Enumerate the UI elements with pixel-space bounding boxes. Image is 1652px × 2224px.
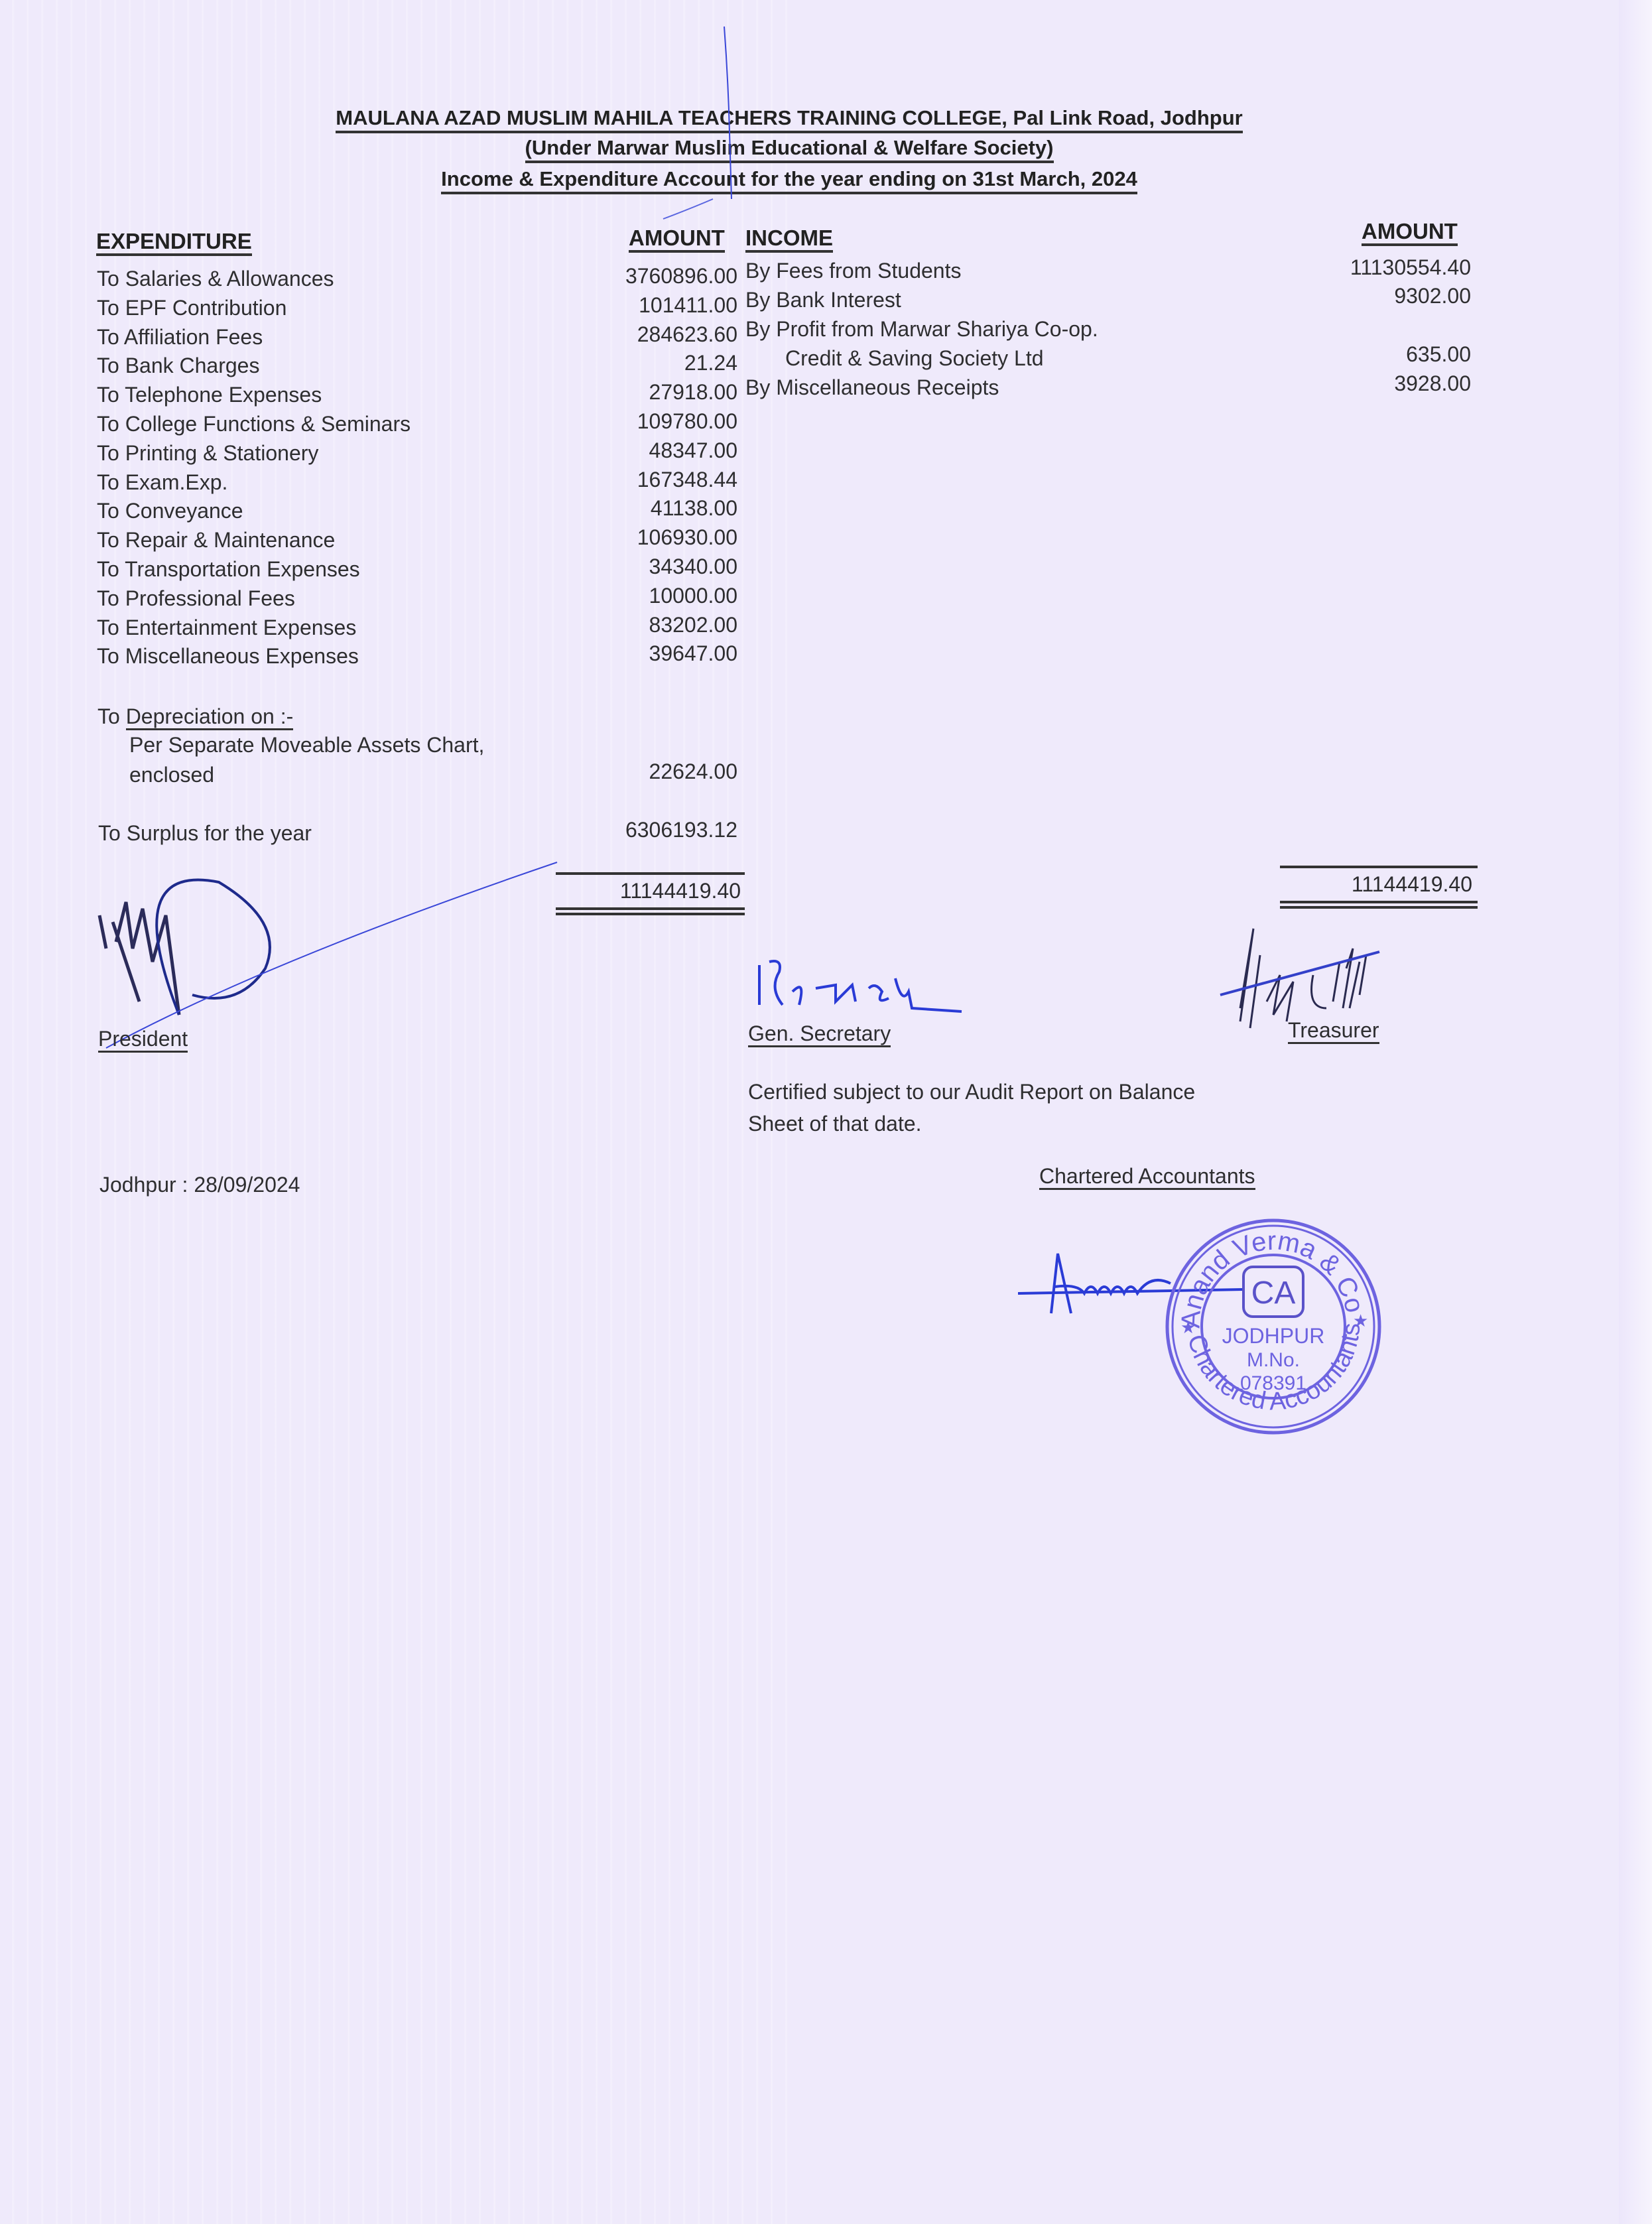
ca-stamp-icon: Anand Verma & Co. Chartered Accountants …	[1161, 1214, 1386, 1439]
svg-text:JODHPUR: JODHPUR	[1222, 1324, 1325, 1348]
svg-text:Chartered Accountants: Chartered Accountants	[1182, 1322, 1366, 1416]
expenditure-item-label: To College Functions & Seminars	[97, 412, 411, 436]
surplus-label: To Surplus for the year	[98, 821, 312, 846]
expenditure-item-amount: 27918.00	[649, 380, 737, 405]
expenditure-amount-heading: AMOUNT	[629, 226, 725, 251]
expenditure-item-label: To Bank Charges	[97, 354, 259, 378]
expenditure-item-label: To Professional Fees	[97, 586, 295, 611]
surplus-amount: 6306193.12	[625, 818, 737, 842]
income-item-amount: 635.00	[1406, 342, 1471, 367]
page-edge	[1619, 0, 1652, 2224]
expenditure-item-amount: 3760896.00	[625, 264, 737, 289]
expenditure-item-label: To Salaries & Allowances	[97, 267, 334, 291]
expenditure-item-label: To Miscellaneous Expenses	[97, 644, 359, 669]
college-title: MAULANA AZAD MUSLIM MAHILA TEACHERS TRAI…	[279, 106, 1300, 130]
income-item-label: Credit & Saving Society Ltd	[753, 346, 1044, 371]
expenditure-item-amount: 48347.00	[649, 438, 737, 463]
expenditure-item-amount: 284623.60	[637, 322, 737, 347]
expenditure-total: 11144419.40	[556, 872, 745, 915]
svg-text:CA: CA	[1251, 1276, 1296, 1311]
depreciation-detail-2: enclosed	[129, 763, 214, 787]
depreciation-amount: 22624.00	[649, 759, 737, 784]
expenditure-item-label: To Telephone Expenses	[97, 383, 322, 407]
account-title: Income & Expenditure Account for the yea…	[279, 167, 1300, 191]
gen-secretary-label: Gen. Secretary	[748, 1021, 891, 1046]
ca-signature-icon	[1018, 1247, 1323, 1327]
expenditure-item-label: To Exam.Exp.	[97, 470, 227, 495]
president-label: President	[98, 1027, 188, 1051]
treasurer-label: Treasurer	[1288, 1018, 1379, 1043]
expenditure-heading: EXPENDITURE	[96, 229, 252, 254]
expenditure-item-label: To Conveyance	[97, 499, 243, 523]
expenditure-item-amount: 167348.44	[637, 468, 737, 492]
treasurer-signature-icon	[1214, 902, 1452, 1035]
expenditure-item-amount: 101411.00	[639, 293, 737, 318]
income-item-label: By Miscellaneous Receipts	[745, 375, 999, 400]
income-item-label: By Bank Interest	[745, 288, 901, 312]
svg-text:M.No.: M.No.	[1247, 1349, 1300, 1371]
expenditure-item-amount: 83202.00	[649, 613, 737, 637]
expenditure-item-amount: 41138.00	[651, 496, 737, 521]
income-item-label: By Profit from Marwar Shariya Co-op.	[745, 317, 1098, 342]
income-item-label: By Fees from Students	[745, 259, 961, 283]
place-date: Jodhpur : 28/09/2024	[99, 1173, 300, 1197]
certification-note: Certified subject to our Audit Report on…	[748, 1076, 1195, 1140]
income-item-amount: 11130554.40	[1350, 255, 1471, 280]
svg-text:Anand Verma & Co.: Anand Verma & Co.	[1161, 1214, 1369, 1329]
svg-text:078391: 078391	[1240, 1372, 1306, 1394]
expenditure-item-amount: 39647.00	[649, 641, 737, 666]
expenditure-item-amount: 21.24	[684, 351, 737, 375]
income-heading: INCOME	[745, 226, 833, 251]
expenditure-item-amount: 10000.00	[649, 584, 737, 608]
gen-secretary-signature-icon	[743, 952, 982, 1031]
svg-text:★: ★	[1353, 1311, 1368, 1331]
depreciation-detail: Per Separate Moveable Assets Chart,	[129, 733, 484, 757]
expenditure-item-amount: 106930.00	[637, 525, 737, 550]
society-subtitle: (Under Marwar Muslim Educational & Welfa…	[279, 136, 1300, 160]
income-item-amount: 3928.00	[1394, 371, 1471, 396]
expenditure-item-label: To EPF Contribution	[97, 296, 286, 320]
expenditure-item-amount: 109780.00	[637, 409, 737, 434]
expenditure-item-label: To Entertainment Expenses	[97, 616, 356, 640]
depreciation-label: To Depreciation on :-	[97, 704, 293, 729]
chartered-accountants-label: Chartered Accountants	[1039, 1164, 1255, 1189]
expenditure-item-label: To Affiliation Fees	[97, 325, 263, 350]
income-total: 11144419.40	[1280, 866, 1478, 909]
expenditure-item-amount: 34340.00	[649, 555, 737, 579]
expenditure-item-label: To Transportation Expenses	[97, 557, 360, 582]
income-amount-heading: AMOUNT	[1362, 219, 1458, 244]
expenditure-item-label: To Repair & Maintenance	[97, 528, 335, 553]
svg-text:★: ★	[1180, 1318, 1196, 1338]
expenditure-item-label: To Printing & Stationery	[97, 441, 318, 466]
income-item-amount: 9302.00	[1394, 284, 1471, 308]
